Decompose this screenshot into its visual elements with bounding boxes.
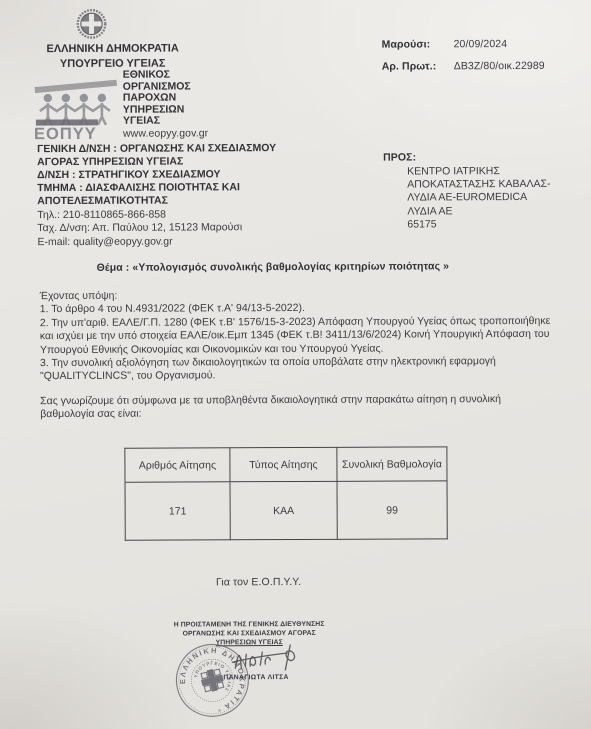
- logo-wordmark: ΕΟΠΥΥ: [34, 125, 97, 142]
- table-header-total-score: Συνολική Βαθμολογία: [337, 447, 447, 481]
- department-line: ΑΠΟΤΕΛΕΣΜΑΤΙΚΟΤΗΤΑΣ: [37, 194, 276, 208]
- recipient-line: ΚΕΝΤΡΟ ΙΑΤΡΙΚΗΣ: [407, 165, 550, 179]
- scanned-letter-page: ΕΛΛΗΝΙΚΗ ΔΗΜΟΚΡΑΤΙΑ ΥΠΟΥΡΓΕΙΟ ΥΓΕΙΑΣ ΕΟΠ…: [0, 0, 591, 729]
- eopyy-logo: ΕΟΠΥΥ: [32, 76, 120, 142]
- stamp-star: ✳: [217, 708, 222, 714]
- address-line: Ταχ. Δ/νση: Απ. Παύλου 12, 15123 Μαρούσι: [37, 222, 242, 236]
- department-line: Δ/ΝΣΗ : ΣΤΡΑΤΗΓΙΚΟΥ ΣΧΕΔΙΑΣΜΟΥ: [37, 168, 276, 182]
- notice-paragraph: Σας γνωρίζουμε ότι σύμφωνα με τα υποβληθ…: [40, 393, 545, 422]
- for-eopyy-line: Για τον Ε.Ο.Π.Υ.Υ.: [216, 576, 301, 590]
- recipient-label: ΠΡΟΣ:: [383, 151, 416, 164]
- signatory-name: ΠΑΝΑΓΙΩΤΑ ΛΙΤΣΑ: [223, 673, 288, 682]
- table-row: 171 ΚΑΑ 99: [125, 481, 447, 540]
- cell-total-score: 99: [337, 481, 447, 539]
- cell-request-number: 171: [125, 482, 230, 540]
- recipient-line: ΑΠΟΚΑΤΑΣΤΑΣΗΣ ΚΑΒΑΛΑΣ-: [407, 178, 550, 192]
- phone-line: Τηλ.: 210-8110865-866-858: [37, 208, 242, 222]
- org-line: ΥΓΕΙΑΣ: [123, 116, 191, 128]
- protocol-label: Αρ. Πρωτ.:: [382, 60, 437, 73]
- subject-line: Θέμα : «Υπολογισμός συνολικής βαθμολογία…: [97, 260, 450, 275]
- table-header-request-number: Αριθμός Αίτησης: [125, 448, 230, 482]
- score-table: Αριθμός Αίτησης Τύπος Αίτησης Συνολική Β…: [124, 446, 447, 540]
- table-header-row: Αριθμός Αίτησης Τύπος Αίτησης Συνολική Β…: [125, 447, 447, 482]
- letter-content: ΕΛΛΗΝΙΚΗ ΔΗΜΟΚΡΑΤΙΑ ΥΠΟΥΡΓΕΙΟ ΥΓΕΙΑΣ ΕΟΠ…: [0, 0, 591, 729]
- website-text: www.eopyy.gov.gr: [123, 127, 208, 141]
- recipient-line: ΛΥΔΙΑ ΑΕ-EUROMEDICA: [407, 191, 550, 205]
- date-label: Μαρούσι:: [382, 38, 431, 51]
- department-line: ΑΓΟΡΑΣ ΥΠΗΡΕΣΙΩΝ ΥΓΕΙΑΣ: [37, 155, 276, 169]
- stamp-cross-emblem: [199, 667, 226, 694]
- body-item: 3. Την συνολική αξιολόγηση των δικαιολογ…: [40, 355, 566, 384]
- cell-request-type: ΚΑΑ: [230, 481, 337, 539]
- protocol-value: ΔΒ3Ζ/80/οικ.22989: [454, 60, 545, 74]
- republic-line: ΕΛΛΗΝΙΚΗ ΔΗΜΟΚΡΑΤΙΑ: [27, 41, 199, 57]
- department-line: ΤΜΗΜΑ : ΔΙΑΣΦΑΛΙΣΗΣ ΠΟΙΟΤΗΤΑΣ ΚΑΙ: [37, 181, 276, 195]
- date-value: 20/09/2024: [454, 38, 508, 51]
- recipient-line: 65175: [407, 218, 550, 232]
- department-line: ΓΕΝΙΚΗ Δ/ΝΣΗ : ΟΡΓΑΝΩΣΗΣ ΚΑΙ ΣΧΕΔΙΑΣΜΟΥ: [37, 142, 276, 156]
- greek-coat-of-arms-icon: [75, 8, 107, 40]
- table-header-request-type: Τύπος Αίτησης: [230, 447, 337, 481]
- recipient-line: ΛΥΔΙΑ ΑΕ: [407, 204, 550, 218]
- email-line: E-mail: quality@eopyy.gov.gr: [37, 235, 242, 249]
- body-item: 2. Την υπ'αριθ. ΕΑΛΕ/Γ.Π. 1280 (ΦΕΚ τ.Β'…: [40, 315, 566, 358]
